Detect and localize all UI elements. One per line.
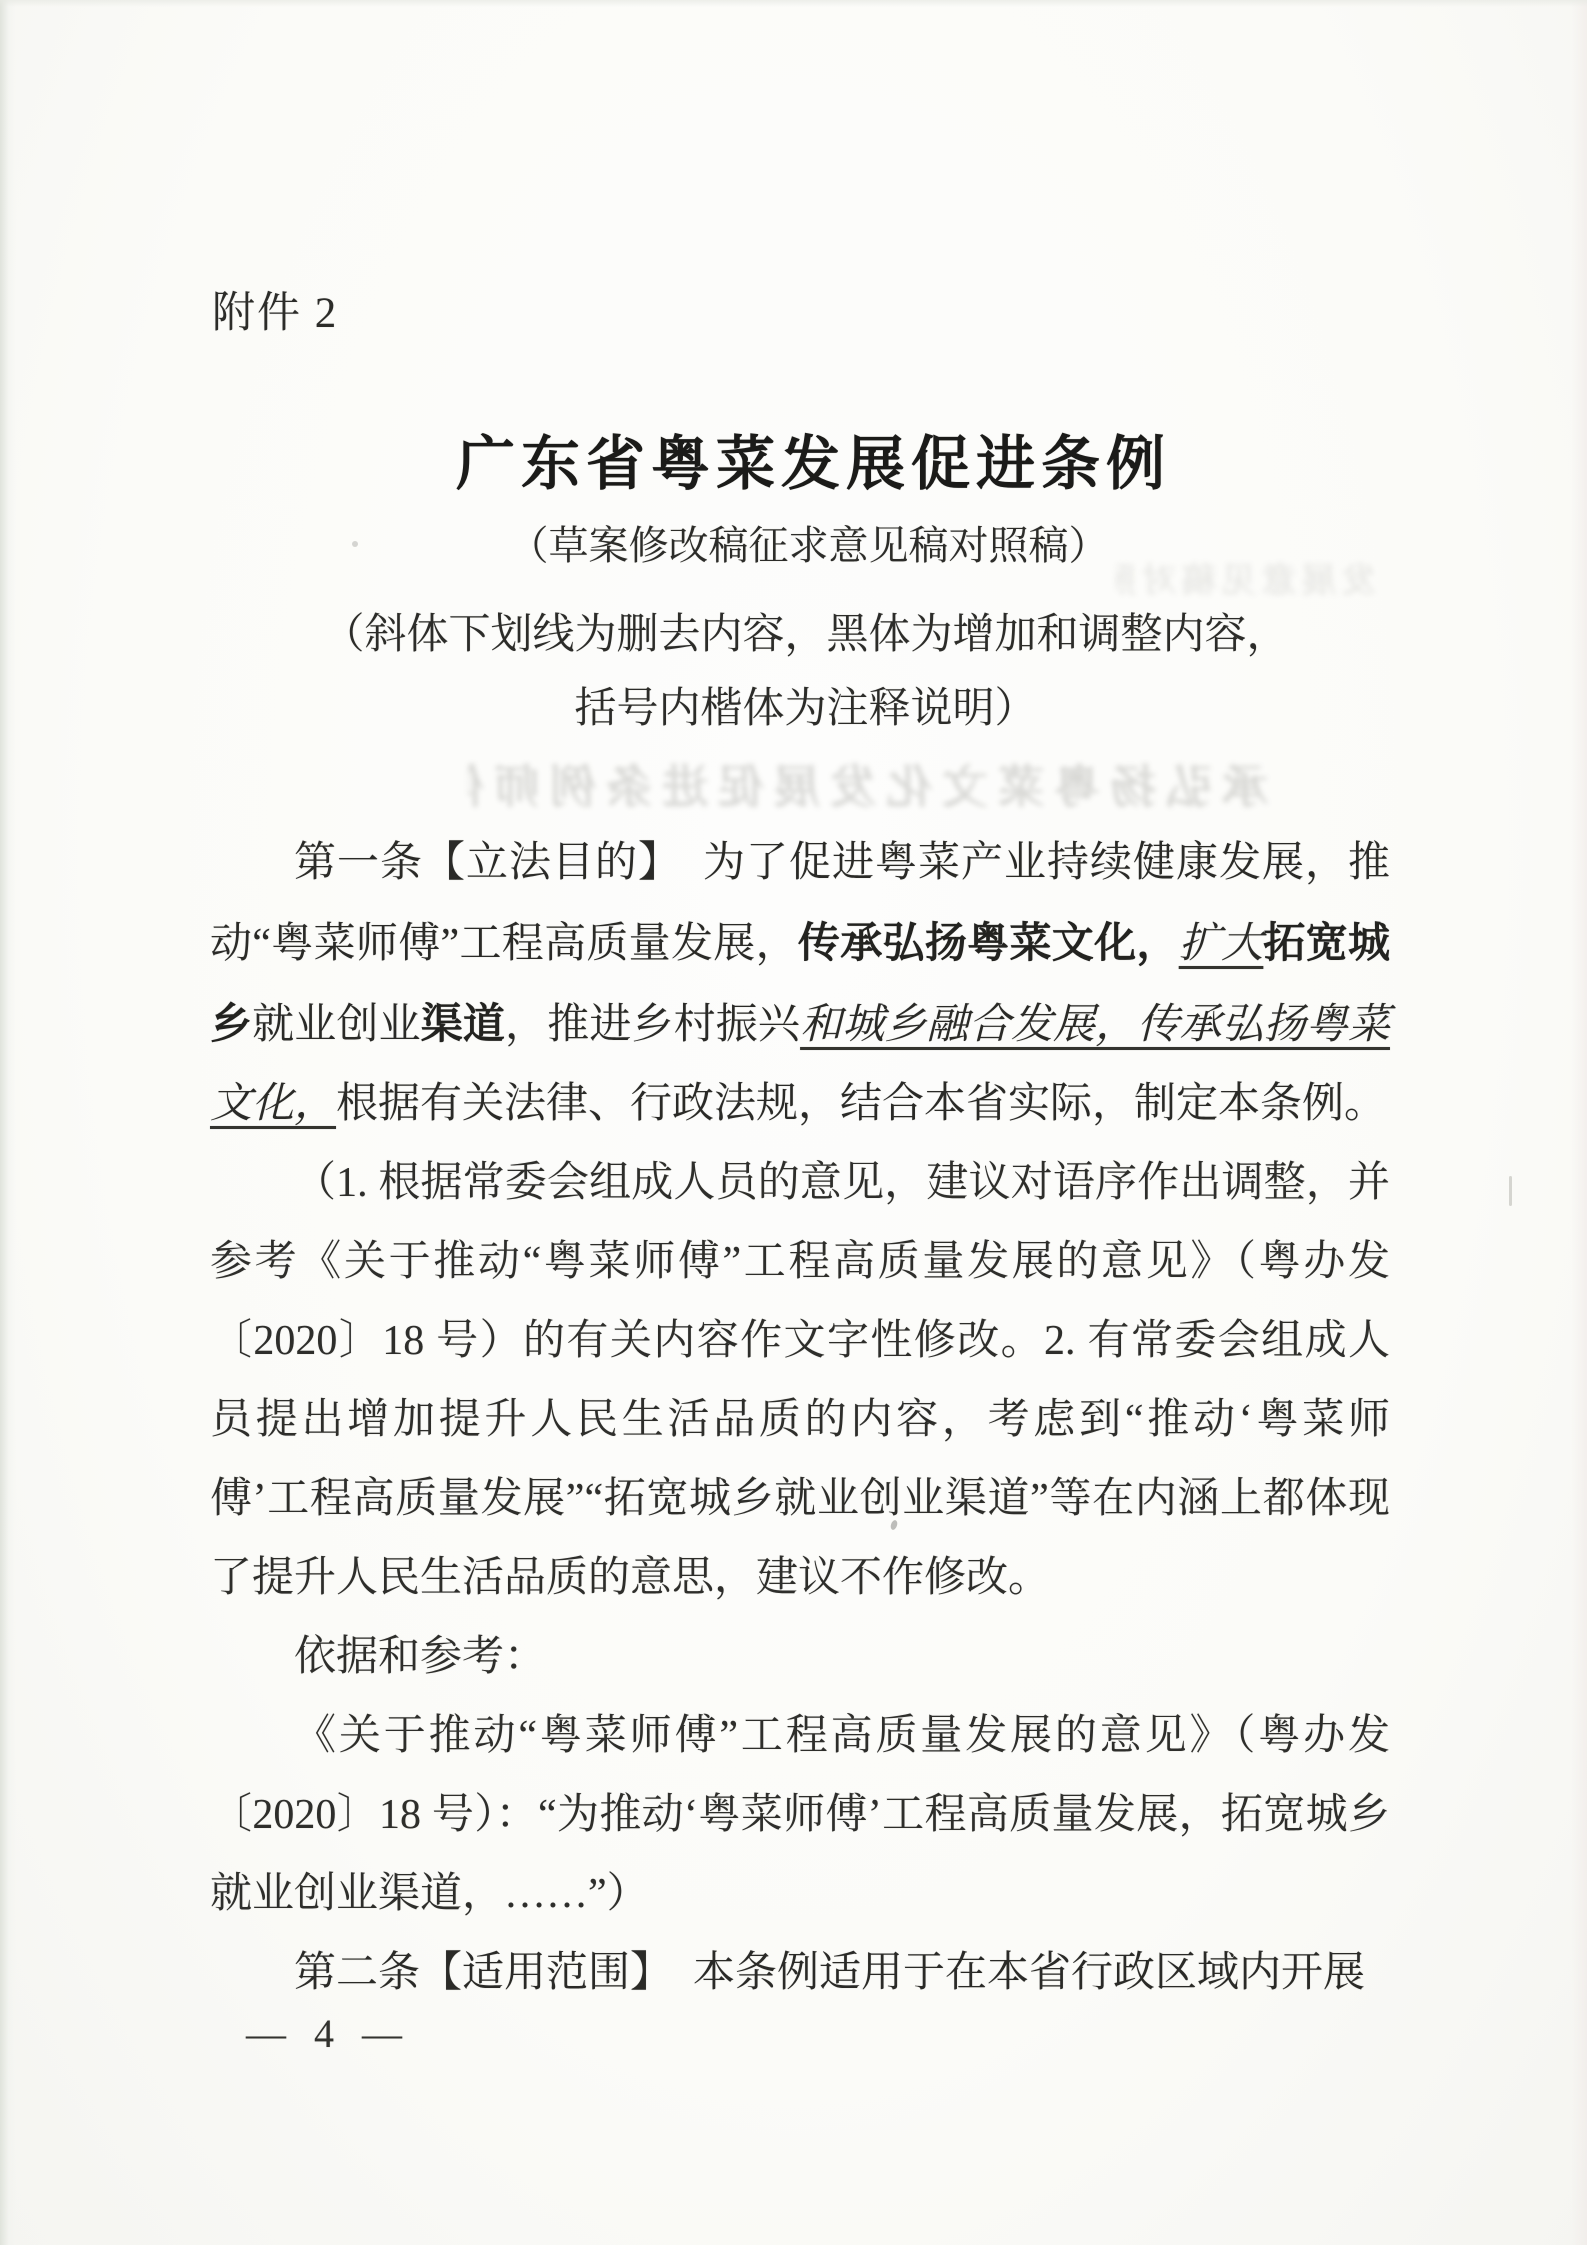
text-run-bold: 传承弘扬粤菜文化，	[798, 919, 1179, 966]
legend-line-2: 括号内楷体为注释说明）	[12, 675, 1587, 735]
text-run-normal: 就业创业	[252, 1002, 421, 1048]
text-run-normal: 依据和参考：	[294, 1634, 546, 1680]
text-run-bold: 渠道	[421, 1000, 505, 1047]
scan-left-edge-artifact	[0, 0, 16, 2245]
annotation-paragraph: （1. 根据常委会组成人员的意见，建议对语序作出调整，并参考《关于推动“粤菜师傅…	[210, 1144, 1390, 1618]
scan-right-edge-artifact	[1571, 0, 1587, 2245]
attachment-label: 附件 2	[212, 279, 338, 340]
document-subtitle: （草案修改稿征求意见稿对照稿）	[15, 514, 1587, 571]
article-1-paragraph: 第一条【立法目的】 为了促进粤菜产业持续健康发展，推动“粤菜师傅”工程高质量发展…	[210, 824, 1390, 1144]
page-number: — 4 —	[246, 2010, 411, 2057]
text-run-normal: ，推进乡村振兴	[505, 1002, 800, 1048]
text-run-normal: 根据有关法律、行政法规，结合本省实际，制定本条例。	[336, 1081, 1386, 1127]
document-body: 第一条【立法目的】 为了促进粤菜产业持续健康发展，推动“粤菜师傅”工程高质量发展…	[210, 824, 1390, 2013]
reference-quote: 《关于推动“粤菜师傅”工程高质量发展的意见》（粤办发〔2020〕18 号）：“为…	[210, 1697, 1390, 1934]
bleed-through-text: 承弘扬粤菜文化发展促进条例师傅工程	[468, 751, 1268, 807]
document-title: 广东省粤菜发展促进条例	[20, 416, 1587, 501]
scan-speck	[1509, 1176, 1512, 1206]
reference-heading: 依据和参考：	[210, 1618, 1390, 1697]
text-run-deleted: 扩大	[1179, 921, 1264, 967]
legend-line-1: （斜体下划线为删去内容，黑体为增加和调整内容，	[12, 601, 1587, 661]
text-run-normal: 《关于推动“粤菜师傅”工程高质量发展的意见》（粤办发〔2020〕18 号）：“为…	[210, 1713, 1390, 1917]
scan-top-edge-artifact	[0, 0, 1587, 7]
text-run-normal: 第二条【适用范围】 本条例适用于在本省行政区域内开展	[294, 1950, 1365, 1996]
scanned-document-page: 附件 2 广东省粤菜发展促进条例 （草案修改稿征求意见稿对照稿） （斜体下划线为…	[0, 0, 1587, 2245]
article-2-paragraph: 第二条【适用范围】 本条例适用于在本省行政区域内开展	[210, 1934, 1390, 2013]
text-run-normal: （1. 根据常委会组成人员的意见，建议对语序作出调整，并参考《关于推动“粤菜师傅…	[210, 1160, 1390, 1601]
